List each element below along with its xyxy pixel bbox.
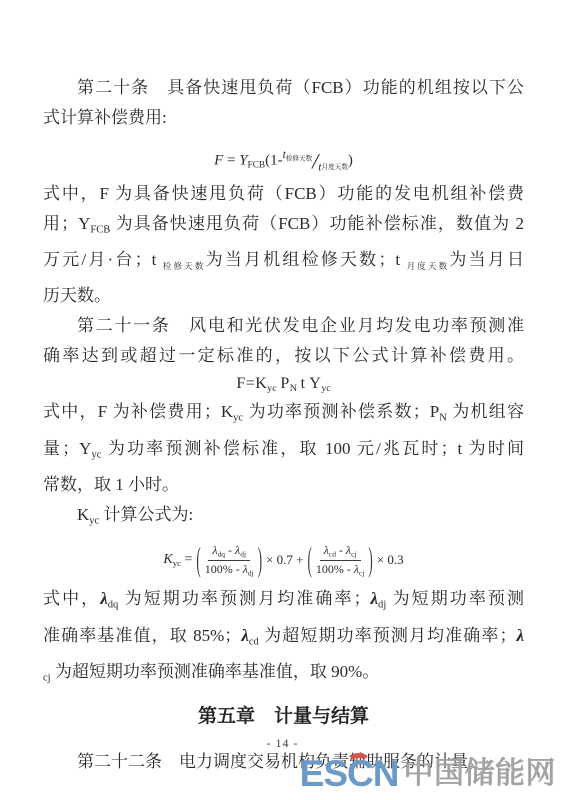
lambda-definitions: 式中，λdq 为短期功率预测月均准确率；λdj 为短期功率预测 准确率基准值，取… [43,584,524,693]
logo-red-arc-icon [346,753,371,773]
text-line: cj 为超短期功率预测准确率基准值，取 90%。 [43,657,524,693]
logo-letter-e: E [300,753,324,795]
page-content: 第二十条 具备快速甩负荷（FCB）功能的机组按以下公 式计算补偿费用: F = … [43,73,524,777]
left-paren: ( [306,539,312,581]
fraction-numerator: λdq - λdj [208,543,250,561]
right-paren: ) [257,539,263,581]
formula-lhs: Kyc = [163,552,192,568]
fraction-short-term: λdq - λdj 100% - λdj [205,543,254,578]
text-line: 式计算补偿费用: [43,103,524,133]
text-line: 常数，取 1 小时。 [43,470,524,500]
fraction-ultra-short-term: λcd - λcj 100% - λcj [316,543,365,578]
text-line: 第二十一条 风电和光伏发电企业月均发电功率预测准 [43,311,524,341]
logo-letter-s: S [323,753,347,795]
text-line: 量；Yyc 为功率预测补偿标准，取 100 元/兆瓦时；t 为时间 [43,434,524,470]
formula-forecast-compensation: F=Kyc PN t Yyc [43,371,524,397]
logo-chinese-name: 中国储能网 [404,753,557,795]
document-page: 第二十条 具备快速甩负荷（FCB）功能的机组按以下公 式计算补偿费用: F = … [0,0,565,800]
text-line: 第二十条 具备快速甩负荷（FCB）功能的机组按以下公 [43,73,524,103]
text-line: 万元/月·台；t 检修天数为当月机组检修天数；t 月度天数为当月日 [43,245,524,281]
right-paren: ) [367,539,373,581]
text-line: 准确率基准值，取 85%；λcd 为超短期功率预测月均准确率；λ [43,621,524,657]
text-line: 用；YFCB 为具备快速甩负荷（FCB）功能补偿标准，数值为 2 [43,209,524,245]
footer-page-number: - 14 - [0,736,565,751]
escn-wordmark: ESCN [300,753,399,795]
formula-kyc-coefficient: Kyc = ( λdq - λdj 100% - λdj ) × 0.7 + (… [43,538,524,582]
text-line: 确率达到或超过一定标准的，按以下公式计算补偿费用。 [43,341,524,371]
fraction-denominator: 100% - λcj [316,561,365,578]
text-line: 式中，F 为具备快速甩负荷（FCB）功能的发电机组补偿费 [43,179,524,209]
chapter-5-heading: 第五章 计量与结算 [43,703,524,731]
logo-letter-c: C [347,753,373,795]
kyc-formula-lead-in: Kyc 计算公式为: [43,500,524,536]
fraction-denominator: 100% - λdj [205,561,254,578]
escn-watermark-logo: ESCN 中国储能网 [300,753,556,795]
formula-fcb-compensation: F = YFCB(1-t检修天数/t月度天数) [43,139,524,171]
article-21-definitions: 式中，F 为补偿费用；Kyc 为功率预测补偿系数；PN 为机组容 量；Yyc 为… [43,397,524,500]
article-20-definitions: 式中，F 为具备快速甩负荷（FCB）功能的发电机组补偿费 用；YFCB 为具备快… [43,179,524,311]
text-line: 式中，F 为补偿费用；Kyc 为功率预测补偿系数；PN 为机组容 [43,397,524,433]
operator-times-07: × 0.7 + [266,552,303,568]
operator-times-03: × 0.3 [377,552,404,568]
text-line: 历天数。 [43,281,524,311]
article-21-intro: 第二十一条 风电和光伏发电企业月均发电功率预测准 确率达到或超过一定标准的，按以… [43,311,524,371]
text-line: 式中，λdq 为短期功率预测月均准确率；λdj 为短期功率预测 [43,584,524,620]
logo-letter-n: N [373,753,399,795]
article-20-intro: 第二十条 具备快速甩负荷（FCB）功能的机组按以下公 式计算补偿费用: [43,73,524,133]
fraction-numerator: λcd - λcj [320,543,361,561]
left-paren: ( [195,539,201,581]
